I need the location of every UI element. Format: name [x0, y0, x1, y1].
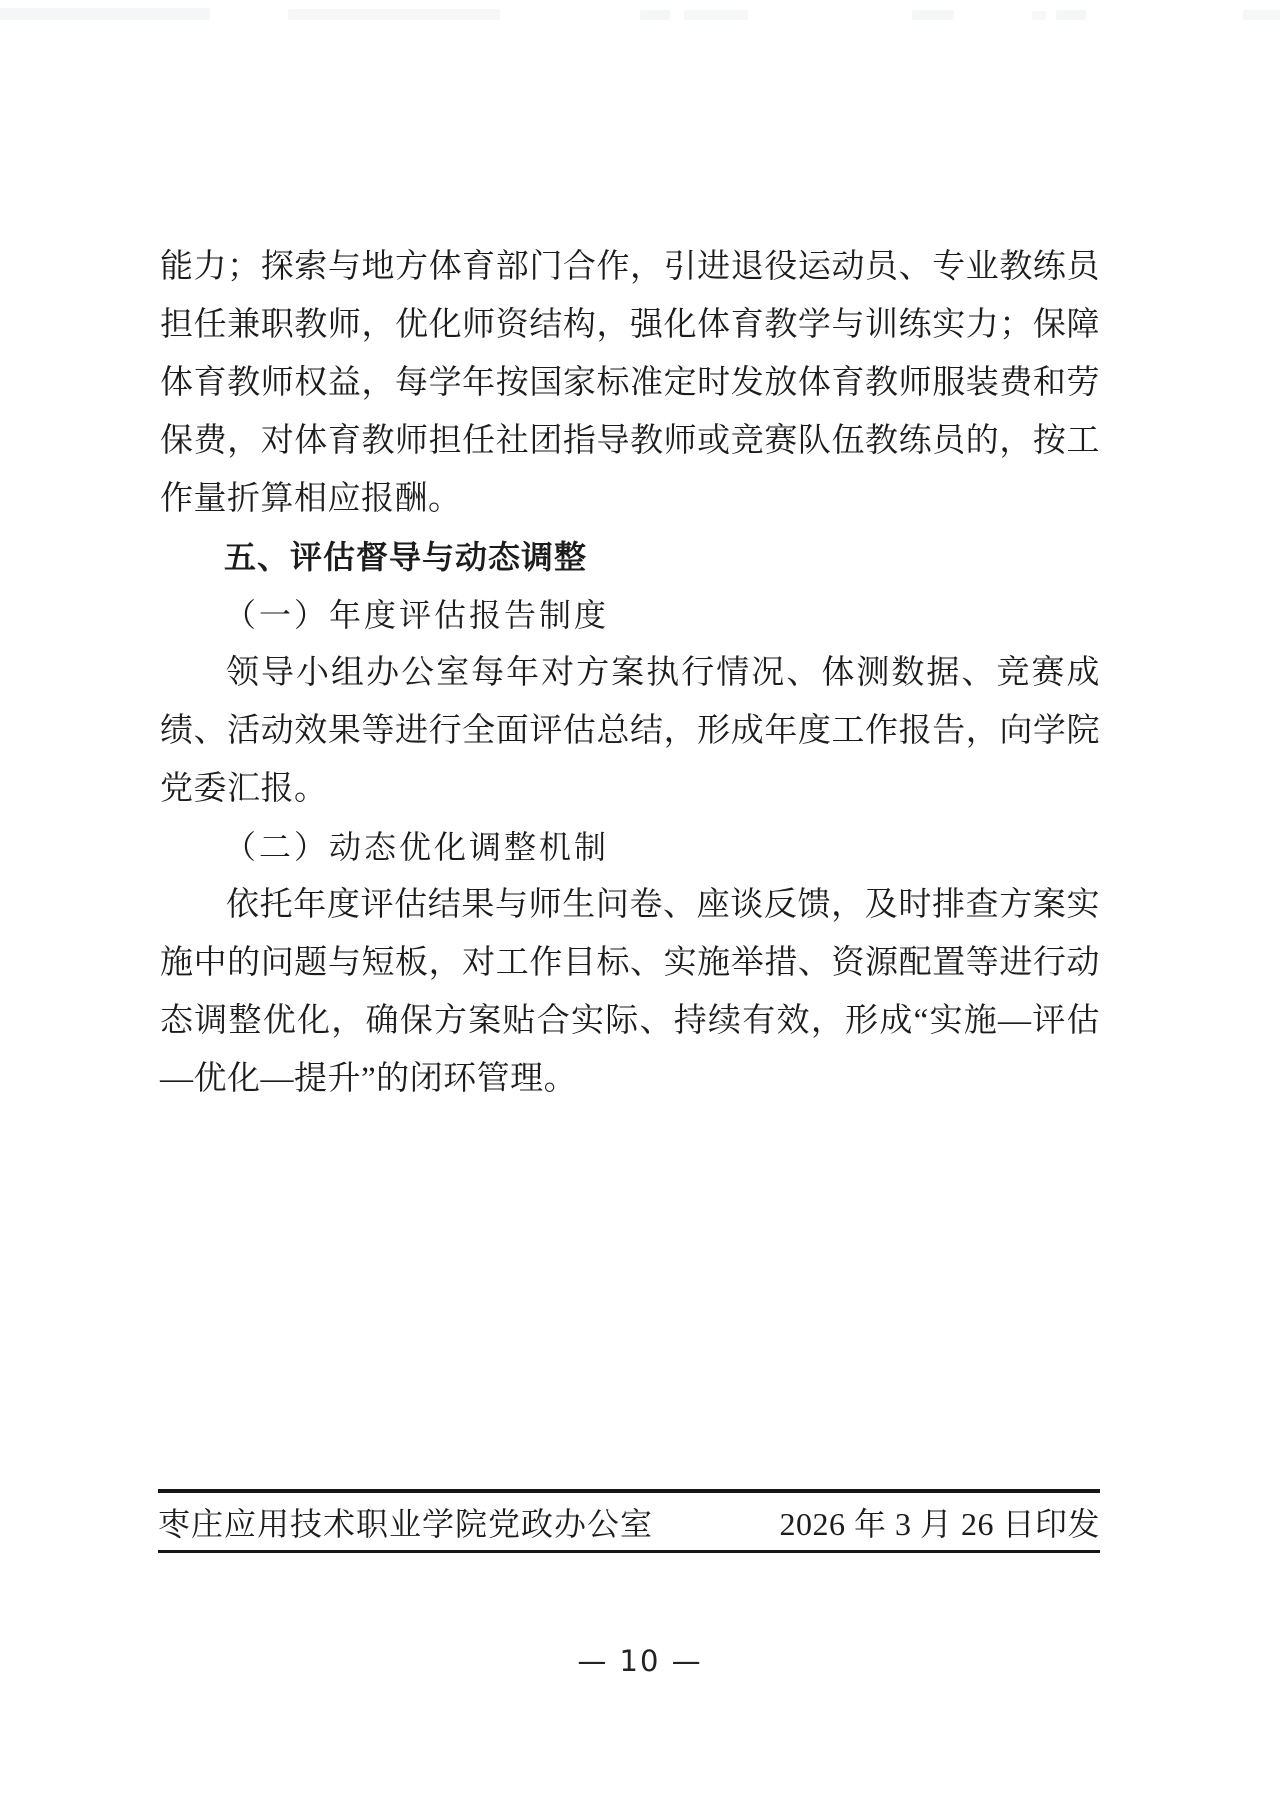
scan-artifact	[1032, 11, 1046, 20]
scan-artifact	[684, 10, 748, 20]
subsection-heading-2: （二）动态优化调整机制	[160, 818, 1100, 876]
scan-artifact	[0, 8, 210, 20]
subsection-heading-1: （一）年度评估报告制度	[160, 586, 1100, 644]
page-number: — 10 —	[0, 1644, 1280, 1678]
scan-artifact	[1243, 10, 1280, 20]
scan-artifact	[912, 10, 954, 20]
section-heading-5: 五、评估督导与动态调整	[160, 528, 1100, 586]
issuing-office: 枣庄应用技术职业学院党政办公室	[158, 1499, 653, 1545]
paragraph-continuation: 能力；探索与地方体育部门合作，引进退役运动员、专业教练员担任兼职教师，优化师资结…	[160, 238, 1100, 528]
scan-artifact	[288, 9, 500, 20]
print-date: 2026 年 3 月 26 日印发	[779, 1499, 1100, 1545]
paragraph-annual-report: 领导小组办公室每年对方案执行情况、体测数据、竞赛成绩、活动效果等进行全面评估总结…	[160, 644, 1100, 818]
paragraph-dynamic-adjustment: 依托年度评估结果与师生问卷、座谈反馈，及时排查方案实施中的问题与短板，对工作目标…	[160, 876, 1100, 1108]
scan-artifact	[640, 10, 670, 20]
document-page: 能力；探索与地方体育部门合作，引进退役运动员、专业教练员担任兼职教师，优化师资结…	[0, 0, 1280, 1811]
scan-artifact	[1056, 10, 1086, 20]
document-footer: 枣庄应用技术职业学院党政办公室 2026 年 3 月 26 日印发	[158, 1489, 1100, 1553]
document-body: 能力；探索与地方体育部门合作，引进退役运动员、专业教练员担任兼职教师，优化师资结…	[160, 238, 1100, 1108]
